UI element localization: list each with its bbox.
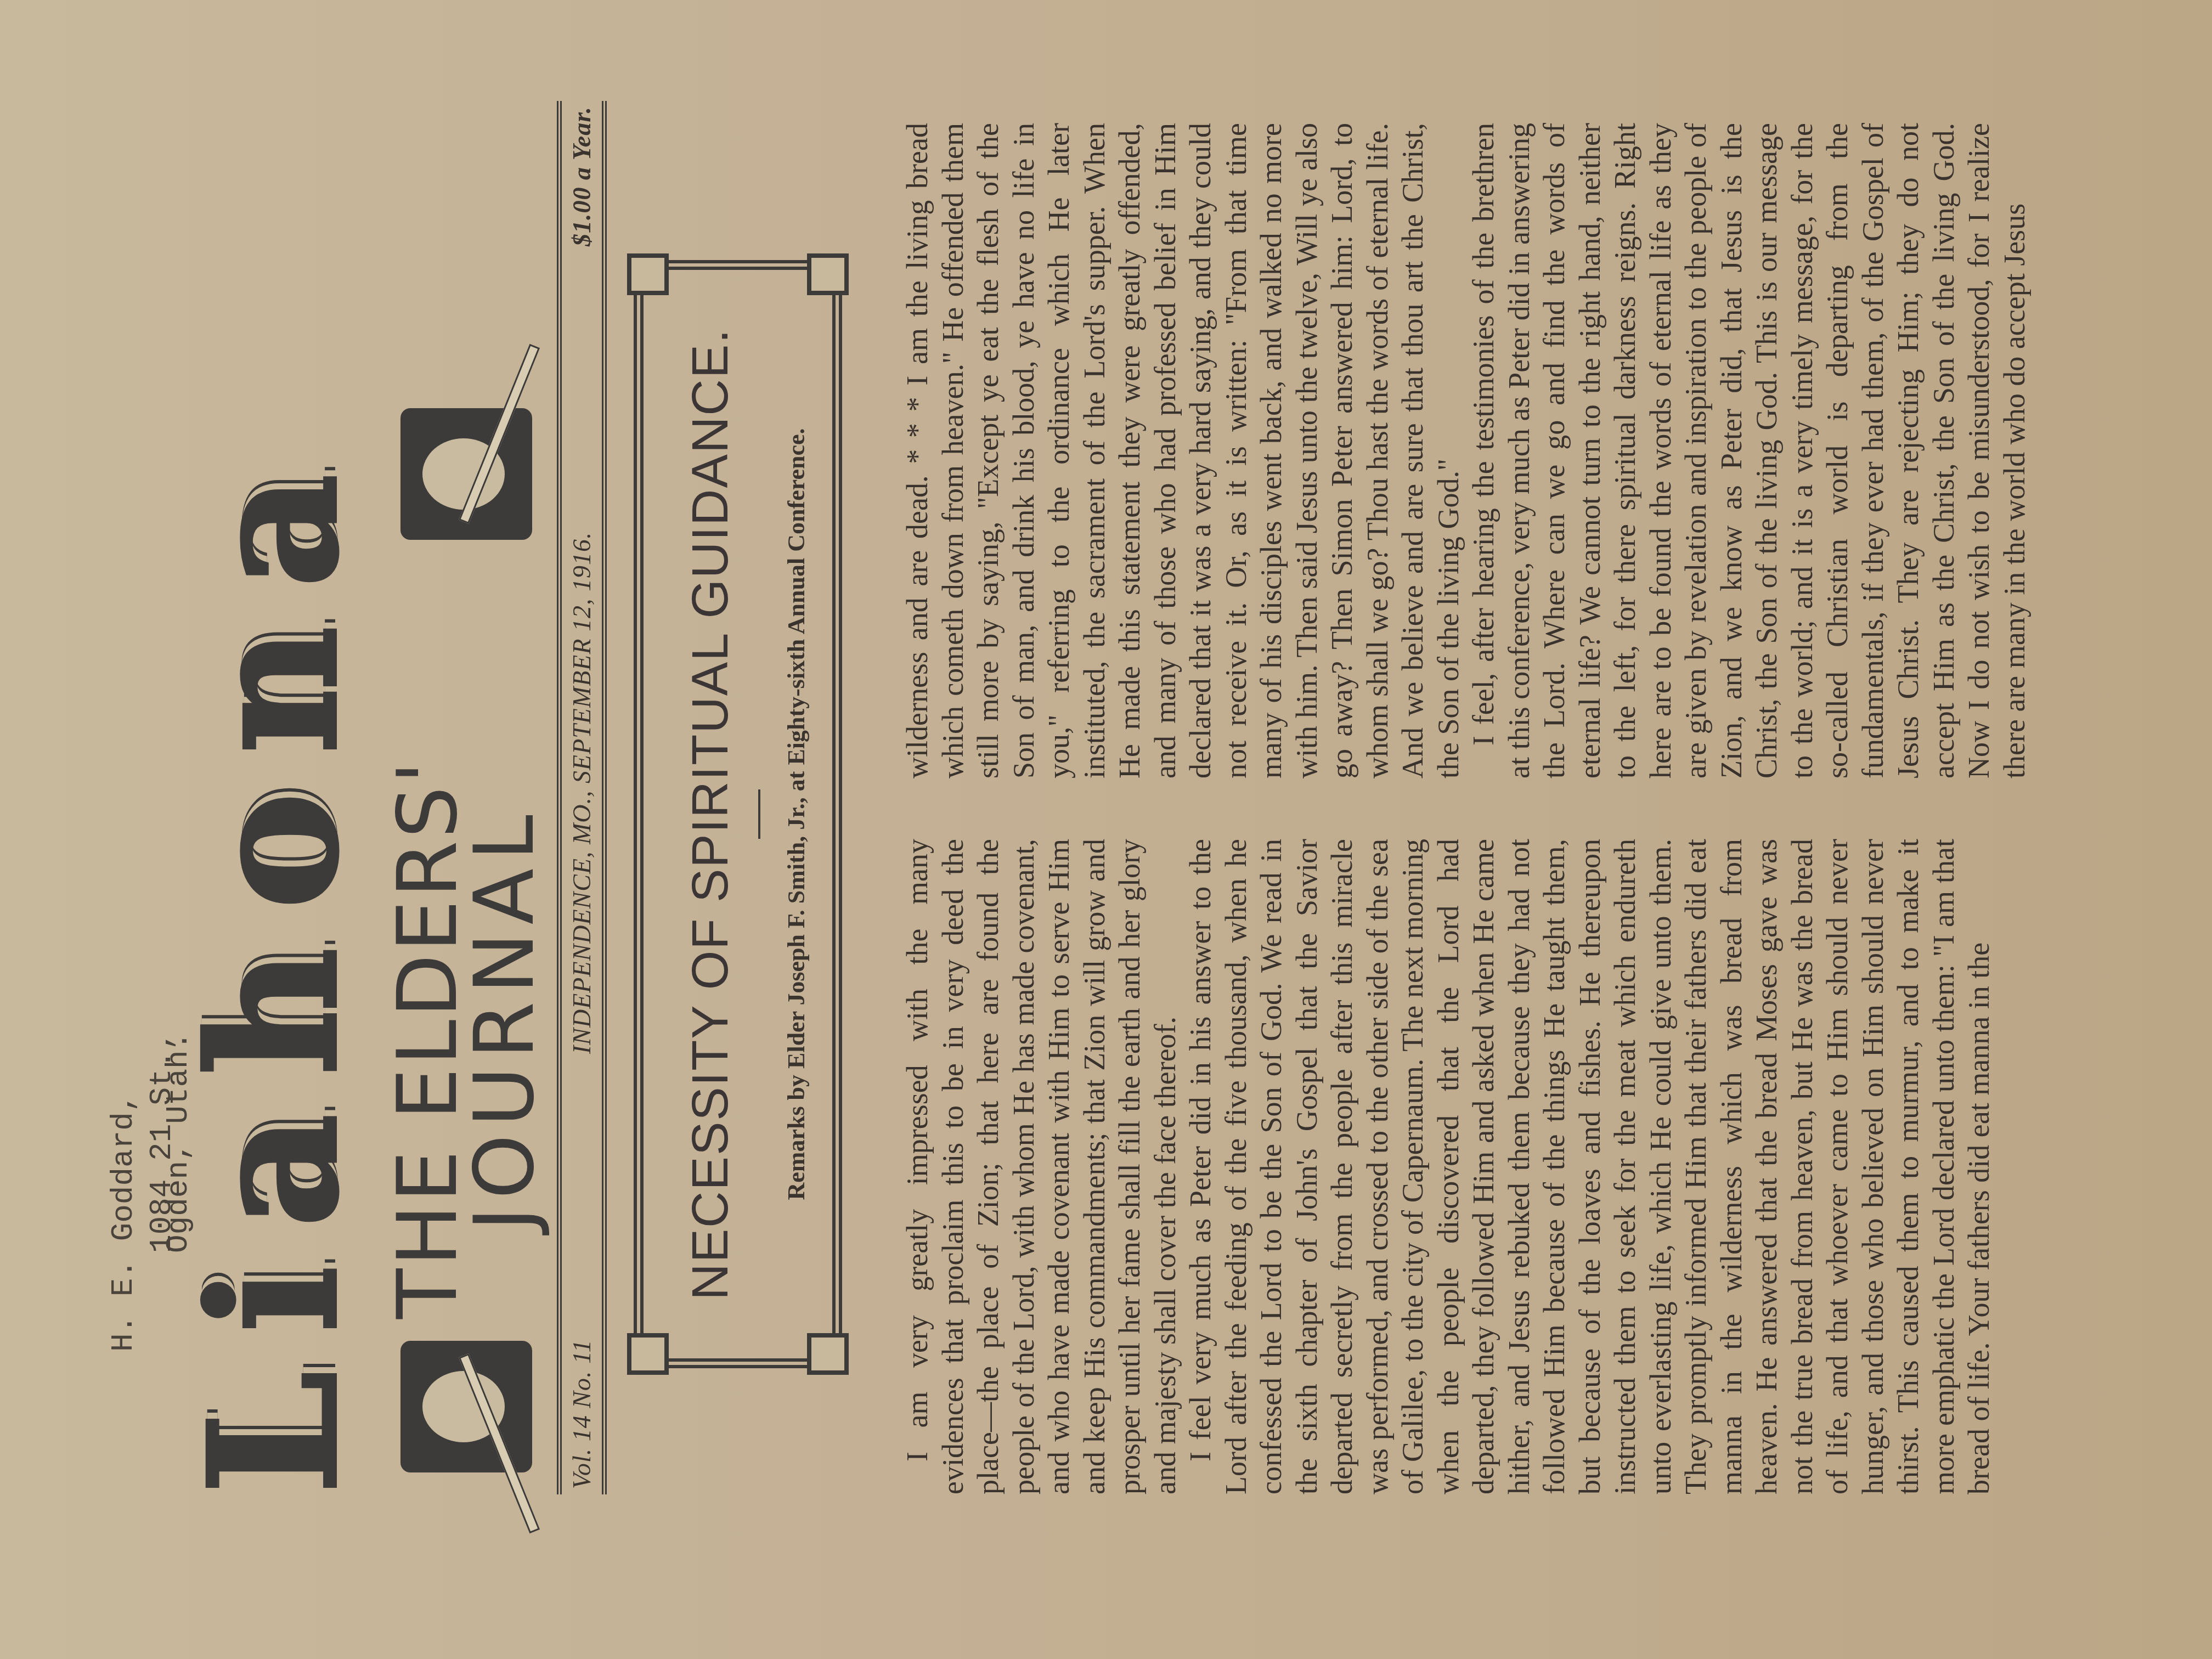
article-title: NECESSITY OF SPIRITUAL GUIDANCE. [682,270,740,1358]
ornament-corner-icon [807,253,849,295]
dateline-bar: Vol. 14 No. 11 INDEPENDENCE, MO., SEPTEM… [557,101,607,1494]
recipient-name: H. E. Goddard, [104,1032,143,1352]
subtitle-line-1: THE ELDERS' [390,562,466,1319]
ornament-corner-icon [807,1333,849,1375]
masthead: Liahona THE ELDERS' JOURNAL [181,123,543,1494]
place-date: INDEPENDENCE, MO., SEPTEMBER 12, 1916. [567,532,596,1054]
paragraph: I feel, after hearing the testimonies of… [1466,123,2032,778]
ornament-corner-icon [627,253,669,295]
column-right: wilderness and are dead. * * * I am the … [900,123,2032,778]
trumpeter-left-icon [400,1341,532,1472]
paragraph: I am very greatly impressed with the man… [900,839,1183,1494]
subscription-price: $1.00 a Year. [567,106,596,246]
masthead-title: Liahona [181,123,368,1494]
title-divider [758,789,760,839]
article-byline: Remarks by Elder Joseph F. Smith, Jr., a… [782,270,810,1358]
ornament-corner-icon [627,1333,669,1375]
column-left: I am very greatly impressed with the man… [900,839,2032,1494]
article-title-frame: NECESSITY OF SPIRITUAL GUIDANCE. Remarks… [634,260,842,1368]
paragraph: I feel very much as Peter did in his ans… [1183,839,1997,1494]
newspaper-page: H. E. Goddard, 1084 21 St., Ogden, Utah.… [0,0,2212,1659]
paragraph: wilderness and are dead. * * * I am the … [900,123,1466,778]
article-body: I am very greatly impressed with the man… [900,123,2032,1494]
volume-number: Vol. 14 No. 11 [567,1339,596,1489]
subtitle-line-2: JOURNAL [466,562,543,1319]
trumpeter-right-icon [400,408,532,540]
journal-subtitle: THE ELDERS' JOURNAL [390,562,543,1319]
